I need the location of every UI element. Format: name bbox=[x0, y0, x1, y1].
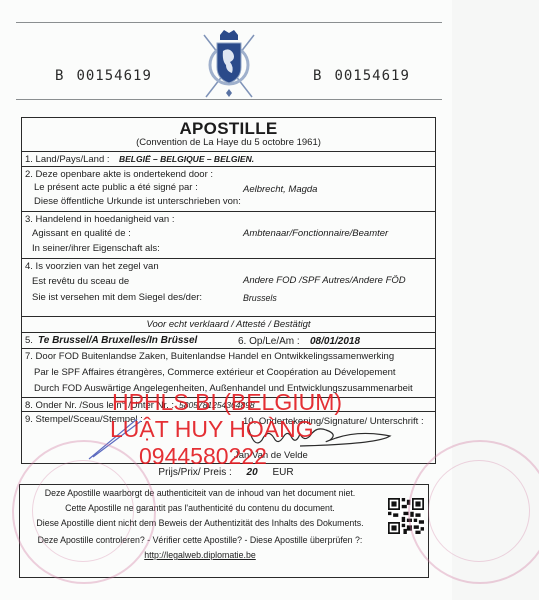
price-currency: EUR bbox=[272, 467, 293, 478]
field-capacity: 3. Handelend in hoedanigheid van : Agiss… bbox=[22, 211, 435, 212]
apostille-document: B00154619 B00154619 APOSTILLE (Conventio… bbox=[0, 0, 452, 600]
field-place-date: 5. Te Brussel/A Bruxelles/In Brüssel 6. … bbox=[22, 332, 435, 333]
seal-value: Andere FOD /SPF Autres/Andere FÖD bbox=[243, 275, 406, 286]
official-stamp-left-inner bbox=[32, 460, 134, 562]
field-seal: 4. Is voorzien van het zegel van Est rev… bbox=[22, 258, 435, 259]
place-value: Te Brussel/A Bruxelles/In Brüssel bbox=[38, 335, 197, 346]
watermark-line-2: LUẬT HUY HOÀNG bbox=[110, 416, 314, 443]
field-country: 1. Land/Pays/Land : BELGIË – BELGIQUE – … bbox=[22, 151, 435, 152]
serial-number-right: B00154619 bbox=[313, 68, 410, 84]
country-value: BELGIË – BELGIQUE – BELGIEN. bbox=[119, 154, 254, 164]
watermark-line-3: 0944580222 bbox=[139, 443, 267, 470]
serial-number-left: B00154619 bbox=[55, 68, 152, 84]
coat-of-arms-icon bbox=[198, 27, 260, 101]
apostille-subtitle: (Convention de La Haye du 5 octobre 1961… bbox=[22, 137, 435, 148]
field-issuer: 7. Door FOD Buitenlandse Zaken, Buitenla… bbox=[22, 348, 435, 349]
watermark-line-1: HPHLS BI (BELGIUM) bbox=[112, 389, 342, 416]
certified-heading: Voor echt verklaard / Attesté / Bestätig… bbox=[22, 316, 435, 317]
signer-value: Aelbrecht, Magda bbox=[243, 184, 317, 195]
field-signed-by: 2. Deze openbare akte is ondertekend doo… bbox=[22, 166, 435, 167]
top-rule bbox=[16, 22, 442, 23]
seal-city-value: Brussels bbox=[243, 293, 277, 303]
apostille-title: APOSTILLE bbox=[22, 119, 435, 139]
capacity-value: Ambtenaar/Fonctionnaire/Beamter bbox=[243, 228, 388, 239]
official-stamp-right-inner bbox=[428, 460, 530, 562]
date-value: 08/01/2018 bbox=[310, 336, 360, 347]
